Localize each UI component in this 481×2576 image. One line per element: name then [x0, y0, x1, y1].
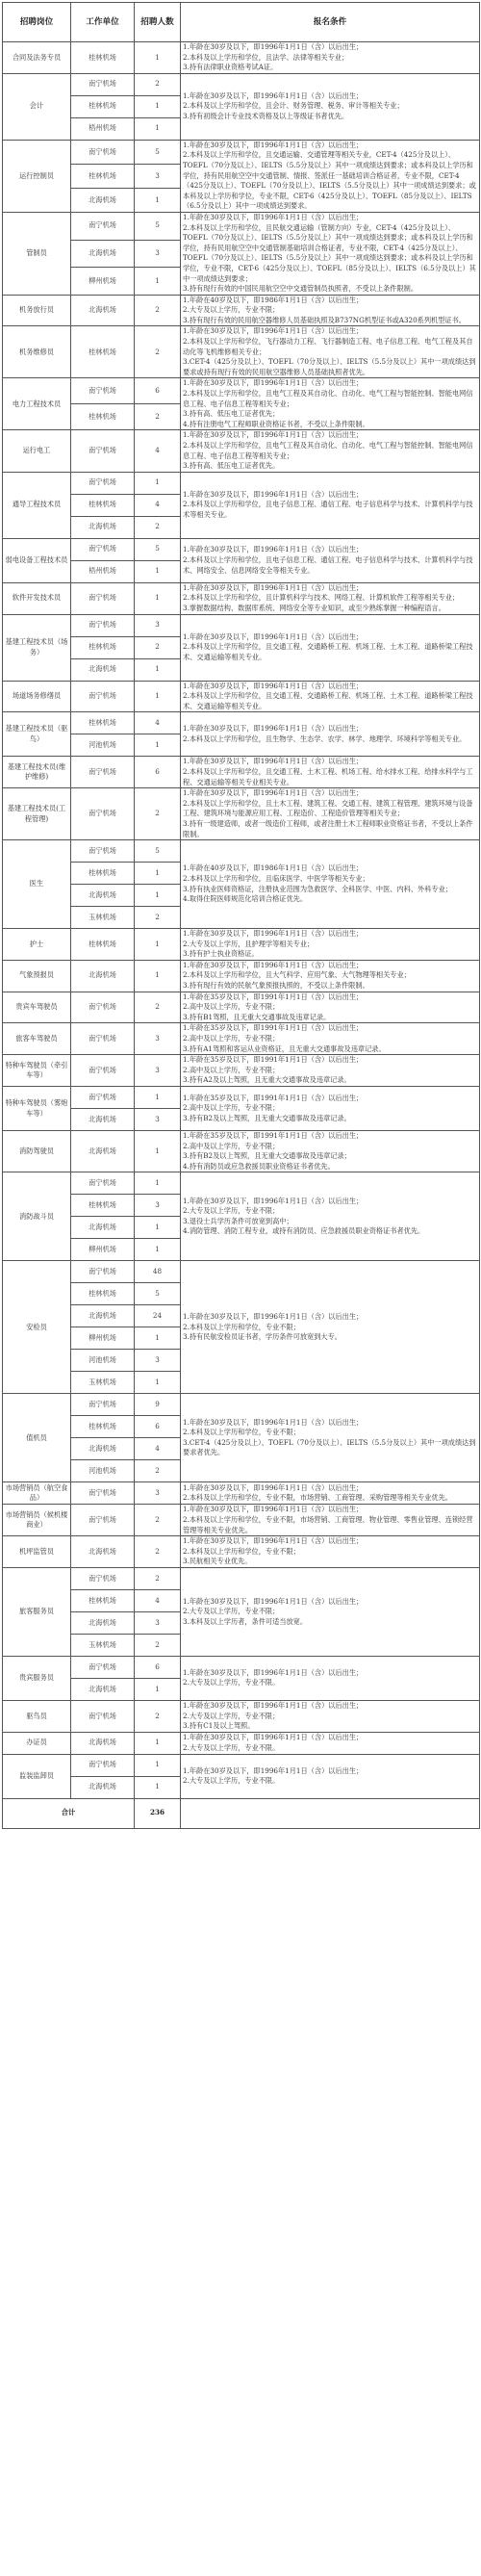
requirements-text: 1.年龄在30岁及以下，即1996年1月1日（含）以后出生； 2.本科及以上学历… — [181, 712, 480, 757]
requirements-text: 1.年龄在30岁及以下，即1996年1月1日（含）以后出生； 2.本科及以上学历… — [181, 1505, 480, 1536]
position-name: 运行电工 — [3, 430, 71, 472]
table-row: 旅客车驾驶员南宁机场31.年龄在35岁及以下，即1991年1月1日（含）以后出生… — [3, 1023, 480, 1055]
work-unit: 桂林机场 — [71, 1283, 135, 1305]
header-row: 招聘岗位 工作单位 招聘人数 报名条件 — [3, 3, 480, 42]
table-row: 市场营销员（航空食品）南宁机场31.年龄在30岁及以下，即1996年1月1日（含… — [3, 1482, 480, 1505]
headcount: 1 — [135, 1732, 181, 1754]
headcount: 1 — [135, 960, 181, 992]
work-unit: 北海机场 — [71, 240, 135, 268]
requirements-text: 1.年龄在30岁及以下，即1996年1月1日（含）以后出生； 2.本科及以上学历… — [181, 614, 480, 681]
headcount: 2 — [135, 295, 181, 326]
position-name: 合同及法务专员 — [3, 42, 71, 74]
work-unit: 北海机场 — [71, 1678, 135, 1700]
work-unit: 玉林机场 — [71, 1634, 135, 1656]
requirements-text: 1.年龄在30岁及以下，即1996年1月1日（含）以后出生； 2.本科及以上学历… — [181, 73, 480, 140]
work-unit: 北海机场 — [71, 885, 135, 907]
headcount: 1 — [135, 582, 181, 614]
work-unit: 南宁机场 — [71, 1700, 135, 1732]
position-name: 运行控制员 — [3, 140, 71, 212]
headcount: 1 — [135, 268, 181, 296]
requirements-text: 1.年龄在35岁及以下，即1991年1月1日（含）以后出生； 2.高中及以上学历… — [181, 1087, 480, 1131]
headcount: 3 — [135, 240, 181, 268]
requirements-text: 1.年龄在30岁及以下，即1996年1月1日（含）以后出生； 2.本科及以上学历… — [181, 1261, 480, 1394]
headcount: 2 — [135, 73, 181, 95]
headcount: 4 — [135, 430, 181, 472]
table-row: 运行电工南宁机场41.年龄在30岁及以下，即1996年1月1日（含）以后出生； … — [3, 430, 480, 472]
headcount: 6 — [135, 1416, 181, 1438]
position-name: 电力工程技术员 — [3, 378, 71, 430]
work-unit: 南宁机场 — [71, 582, 135, 614]
work-unit: 南宁机场 — [71, 378, 135, 404]
position-name: 通导工程技术员 — [3, 472, 71, 538]
work-unit: 北海机场 — [71, 516, 135, 538]
work-unit: 玉林机场 — [71, 907, 135, 929]
work-unit: 南宁机场 — [71, 1261, 135, 1283]
table-row: 基建工程技术员(工程管理)南宁机场21.年龄在30岁及以下，即1996年1月1日… — [3, 788, 480, 840]
position-name: 机坪监管员 — [3, 1536, 71, 1568]
requirements-text: 1.年龄在30岁及以下，即1996年1月1日（含）以后出生； 2.大专及以上学历… — [181, 1700, 480, 1732]
requirements-text: 1.年龄在30岁及以下，即1996年1月1日（含）以后出生； 2.本科及以上学历… — [181, 538, 480, 582]
headcount: 2 — [135, 788, 181, 840]
requirements-text: 1.年龄在30岁及以下，即1996年1月1日（含）以后出生； 2.本科及以上学历… — [181, 42, 480, 74]
headcount: 5 — [135, 538, 181, 560]
work-unit: 南宁机场 — [71, 1023, 135, 1055]
work-unit: 南宁机场 — [71, 1482, 135, 1505]
table-body: 合同及法务专员桂林机场11.年龄在30岁及以下，即1996年1月1日（含）以后出… — [3, 42, 480, 1799]
position-name: 基建工程技术员（场务） — [3, 614, 71, 681]
work-unit: 桂林机场 — [71, 1416, 135, 1438]
headcount: 5 — [135, 1283, 181, 1305]
requirements-text: 1.年龄在30岁及以下，即1996年1月1日（含）以后出生； 2.本科及以上学历… — [181, 960, 480, 992]
table-row: 管制员南宁机场51.年龄在30岁及以下，即1996年1月1日（含）以后出生； 2… — [3, 212, 480, 240]
requirements-text: 1.年龄在40岁及以下，即1986年1月1日（含）以后出生； 2.大专及以上学历… — [181, 295, 480, 326]
work-unit: 北海机场 — [71, 960, 135, 992]
position-name: 场道场务修缮员 — [3, 681, 71, 712]
headcount: 1 — [135, 1239, 181, 1261]
work-unit: 南宁机场 — [71, 73, 135, 95]
work-unit: 南宁机场 — [71, 992, 135, 1023]
requirements-text: 1.年龄在30岁及以下，即1996年1月1日（含）以后出生； 2.本科及以上学历… — [181, 757, 480, 788]
table-row: 场道场务修缮员南宁机场11.年龄在30岁及以下，即1996年1月1日（含）以后出… — [3, 681, 480, 712]
headcount: 3 — [135, 1350, 181, 1372]
headcount: 1 — [135, 658, 181, 681]
table-row: 通导工程技术员南宁机场11.年龄在30岁及以下，即1996年1月1日（含）以后出… — [3, 472, 480, 494]
requirements-text: 1.年龄在30岁及以下，即1996年1月1日（含）以后出生； 2.大专及以上学历… — [181, 1172, 480, 1261]
work-unit: 桂林机场 — [71, 326, 135, 378]
headcount: 2 — [135, 326, 181, 378]
requirements-text: 1.年龄在30岁及以下，即1996年1月1日（含）以后出生； 2.本科及以上学历… — [181, 140, 480, 212]
headcount: 1 — [135, 681, 181, 712]
work-unit: 河池机场 — [71, 734, 135, 757]
headcount: 1 — [135, 1754, 181, 1776]
headcount: 1 — [135, 117, 181, 140]
position-name: 市场营销员（候机楼商业） — [3, 1505, 71, 1536]
table-row: 消防驾驶员北海机场11.年龄在35岁及以下，即1991年1月1日（含）以后出生；… — [3, 1131, 480, 1172]
work-unit: 南宁机场 — [71, 788, 135, 840]
requirements-text: 1.年龄在30岁及以下，即1996年1月1日（含）以后出生； 2.本科及以上学历… — [181, 582, 480, 614]
table-row: 医生南宁机场51.年龄在40岁及以下，即1986年1月1日（含）以后出生； 2.… — [3, 840, 480, 863]
headcount: 5 — [135, 840, 181, 863]
headcount: 1 — [135, 95, 181, 117]
position-name: 市场营销员（航空食品） — [3, 1482, 71, 1505]
headcount: 9 — [135, 1394, 181, 1416]
work-unit: 南宁机场 — [71, 1567, 135, 1589]
requirements-text: 1.年龄在30岁及以下，即1996年1月1日（含）以后出生； 2.本科及以上学历… — [181, 681, 480, 712]
headcount: 1 — [135, 863, 181, 885]
position-name: 医生 — [3, 840, 71, 929]
position-name: 基建工程技术员（驱鸟） — [3, 712, 71, 757]
work-unit: 南宁机场 — [71, 1754, 135, 1776]
work-unit: 梧州机场 — [71, 117, 135, 140]
position-name: 机务维修员 — [3, 326, 71, 378]
position-name: 消防驾驶员 — [3, 1131, 71, 1172]
work-unit: 桂林机场 — [71, 1589, 135, 1611]
position-name: 监装监卸员 — [3, 1754, 71, 1798]
work-unit: 北海机场 — [71, 1217, 135, 1239]
requirements-text: 1.年龄在30岁及以下，即1996年1月1日（含）以后出生； 2.大专及以上学历… — [181, 1567, 480, 1656]
work-unit: 北海机场 — [71, 1776, 135, 1798]
requirements-text: 1.年龄在35岁及以下，即1991年1月1日（含）以后出生； 2.高中及以上学历… — [181, 992, 480, 1023]
headcount: 1 — [135, 560, 181, 582]
headcount: 1 — [135, 885, 181, 907]
work-unit: 柳州机场 — [71, 1239, 135, 1261]
table-row: 监装监卸员南宁机场11.年龄在30岁及以下，即1996年1月1日（含）以后出生；… — [3, 1754, 480, 1776]
position-name: 旅客服务员 — [3, 1567, 71, 1656]
headcount: 1 — [135, 1372, 181, 1394]
headcount: 4 — [135, 1589, 181, 1611]
work-unit: 桂林机场 — [71, 164, 135, 188]
headcount: 2 — [135, 1567, 181, 1589]
headcount: 3 — [135, 164, 181, 188]
work-unit: 南宁机场 — [71, 757, 135, 788]
headcount: 1 — [135, 1678, 181, 1700]
total-count: 236 — [135, 1798, 181, 1828]
work-unit: 南宁机场 — [71, 1172, 135, 1195]
work-unit: 北海机场 — [71, 1305, 135, 1327]
headcount: 1 — [135, 1172, 181, 1195]
requirements-text: 1.年龄在30岁及以下，即1996年1月1日（含）以后出生； 2.本科及以上学历… — [181, 472, 480, 538]
headcount: 1 — [135, 1131, 181, 1172]
work-unit: 南宁机场 — [71, 1505, 135, 1536]
position-name: 气象预报员 — [3, 960, 71, 992]
headcount: 4 — [135, 494, 181, 516]
work-unit: 北海机场 — [71, 658, 135, 681]
work-unit: 南宁机场 — [71, 1055, 135, 1087]
requirements-text: 1.年龄在30岁及以下，即1996年1月1日（含）以后出生； 2.本科及以上学历… — [181, 1394, 480, 1482]
work-unit: 南宁机场 — [71, 681, 135, 712]
headcount: 1 — [135, 929, 181, 961]
headcount: 1 — [135, 1776, 181, 1798]
headcount: 3 — [135, 1195, 181, 1217]
position-name: 基建工程技术员(维护维修) — [3, 757, 71, 788]
work-unit: 桂林机场 — [71, 712, 135, 734]
requirements-text: 1.年龄在30岁及以下，即1996年1月1日（含）以后出生； 2.本科及以上学历… — [181, 326, 480, 378]
headcount: 1 — [135, 734, 181, 757]
headcount: 2 — [135, 1505, 181, 1536]
table-row: 消防战斗员南宁机场11.年龄在30岁及以下，即1996年1月1日（含）以后出生；… — [3, 1172, 480, 1195]
table-row: 基建工程技术员（驱鸟）桂林机场41.年龄在30岁及以下，即1996年1月1日（含… — [3, 712, 480, 734]
headcount: 1 — [135, 1327, 181, 1350]
table-row: 机务放行员北海机场21.年龄在40岁及以下，即1986年1月1日（含）以后出生；… — [3, 295, 480, 326]
headcount: 2 — [135, 516, 181, 538]
table-row: 合同及法务专员桂林机场11.年龄在30岁及以下，即1996年1月1日（含）以后出… — [3, 42, 480, 74]
position-name: 驱鸟员 — [3, 1700, 71, 1732]
requirements-text: 1.年龄在30岁及以下，即1996年1月1日（含）以后出生； 2.本科及以上学历… — [181, 788, 480, 840]
position-name: 特种车驾驶员（雾炮车等） — [3, 1087, 71, 1131]
headcount: 3 — [135, 1109, 181, 1131]
position-name: 消防战斗员 — [3, 1172, 71, 1261]
position-name: 安检员 — [3, 1261, 71, 1394]
table-row: 办证员北海机场11.年龄在30岁及以下，即1996年1月1日（含）以后出生； 2… — [3, 1732, 480, 1754]
headcount: 3 — [135, 1023, 181, 1055]
recruitment-table: 招聘岗位 工作单位 招聘人数 报名条件 合同及法务专员桂林机场11.年龄在30岁… — [2, 2, 480, 1829]
requirements-text: 1.年龄在30岁及以下，即1996年1月1日（含）以后出生； 2.本科及以上学历… — [181, 430, 480, 472]
headcount: 3 — [135, 614, 181, 636]
header-requirements: 报名条件 — [181, 3, 480, 42]
requirements-text: 1.年龄在35岁及以下，即1991年1月1日（含）以后出生； 2.高中及以上学历… — [181, 1055, 480, 1087]
headcount: 4 — [135, 712, 181, 734]
requirements-text: 1.年龄在30岁及以下，即1996年1月1日（含）以后出生； 2.大专及以上学历… — [181, 929, 480, 961]
work-unit: 南宁机场 — [71, 614, 135, 636]
position-name: 护士 — [3, 929, 71, 961]
position-name: 特种车驾驶员（牵引车等） — [3, 1055, 71, 1087]
table-row: 驱鸟员南宁机场21.年龄在30岁及以下，即1996年1月1日（含）以后出生； 2… — [3, 1700, 480, 1732]
position-name: 软件开发技术员 — [3, 582, 71, 614]
headcount: 1 — [135, 42, 181, 74]
work-unit: 柳州机场 — [71, 1327, 135, 1350]
work-unit: 北海机场 — [71, 1611, 135, 1634]
work-unit: 桂林机场 — [71, 1195, 135, 1217]
work-unit: 北海机场 — [71, 1131, 135, 1172]
work-unit: 北海机场 — [71, 1536, 135, 1568]
work-unit: 桂林机场 — [71, 636, 135, 658]
position-name: 办证员 — [3, 1732, 71, 1754]
headcount: 2 — [135, 636, 181, 658]
headcount: 3 — [135, 1055, 181, 1087]
position-name: 旅客车驾驶员 — [3, 1023, 71, 1055]
header-unit: 工作单位 — [71, 3, 135, 42]
headcount: 3 — [135, 1482, 181, 1505]
requirements-text: 1.年龄在35岁及以下，即1991年1月1日（含）以后出生； 2.高中及以上学历… — [181, 1131, 480, 1172]
headcount: 3 — [135, 1611, 181, 1634]
table-row: 市场营销员（候机楼商业）南宁机场21.年龄在30岁及以下，即1996年1月1日（… — [3, 1505, 480, 1536]
work-unit: 桂林机场 — [71, 404, 135, 430]
requirements-text: 1.年龄在30岁及以下，即1996年1月1日（含）以后出生； 2.本科及以上学历… — [181, 212, 480, 295]
work-unit: 桂林机场 — [71, 42, 135, 74]
headcount: 1 — [135, 472, 181, 494]
headcount: 1 — [135, 188, 181, 212]
position-name: 管制员 — [3, 212, 71, 295]
table-row: 贵宾车驾驶员南宁机场21.年龄在35岁及以下，即1991年1月1日（含）以后出生… — [3, 992, 480, 1023]
table-row: 值机员南宁机场91.年龄在30岁及以下，即1996年1月1日（含）以后出生； 2… — [3, 1394, 480, 1416]
headcount: 48 — [135, 1261, 181, 1283]
table-row: 基建工程技术员(维护维修)南宁机场61.年龄在30岁及以下，即1996年1月1日… — [3, 757, 480, 788]
work-unit: 柳州机场 — [71, 268, 135, 296]
requirements-text: 1.年龄在30岁及以下，即1996年1月1日（含）以后出生； 2.大专及以上学历… — [181, 1732, 480, 1754]
work-unit: 北海机场 — [71, 1438, 135, 1460]
position-name: 基建工程技术员(工程管理) — [3, 788, 71, 840]
table-row: 基建工程技术员（场务）南宁机场31.年龄在30岁及以下，即1996年1月1日（含… — [3, 614, 480, 636]
table-row: 软件开发技术员南宁机场11.年龄在30岁及以下，即1996年1月1日（含）以后出… — [3, 582, 480, 614]
work-unit: 梧州机场 — [71, 560, 135, 582]
position-name: 值机员 — [3, 1394, 71, 1482]
total-requirements — [181, 1798, 480, 1828]
table-row: 护士桂林机场11.年龄在30岁及以下，即1996年1月1日（含）以后出生； 2.… — [3, 929, 480, 961]
work-unit: 北海机场 — [71, 188, 135, 212]
headcount: 2 — [135, 992, 181, 1023]
table-row: 运行控制员南宁机场51.年龄在30岁及以下，即1996年1月1日（含）以后出生；… — [3, 140, 480, 164]
total-row: 合计 236 — [3, 1798, 480, 1828]
total-label: 合计 — [3, 1798, 135, 1828]
table-row: 特种车驾驶员（牵引车等）南宁机场31.年龄在35岁及以下，即1991年1月1日（… — [3, 1055, 480, 1087]
work-unit: 河池机场 — [71, 1460, 135, 1482]
position-name: 贵宾服务员 — [3, 1656, 71, 1700]
headcount: 6 — [135, 757, 181, 788]
work-unit: 河池机场 — [71, 1350, 135, 1372]
headcount: 6 — [135, 1656, 181, 1678]
headcount: 2 — [135, 1700, 181, 1732]
header-count: 招聘人数 — [135, 3, 181, 42]
work-unit: 南宁机场 — [71, 1394, 135, 1416]
requirements-text: 1.年龄在30岁及以下，即1996年1月1日（含）以后出生； 2.本科及以上学历… — [181, 378, 480, 430]
table-row: 电力工程技术员南宁机场61.年龄在30岁及以下，即1996年1月1日（含）以后出… — [3, 378, 480, 404]
headcount: 2 — [135, 1460, 181, 1482]
table-row: 特种车驾驶员（雾炮车等）南宁机场11.年龄在35岁及以下，即1991年1月1日（… — [3, 1087, 480, 1109]
work-unit: 南宁机场 — [71, 538, 135, 560]
headcount: 2 — [135, 404, 181, 430]
work-unit: 南宁机场 — [71, 140, 135, 164]
work-unit: 桂林机场 — [71, 929, 135, 961]
headcount: 5 — [135, 212, 181, 240]
work-unit: 桂林机场 — [71, 863, 135, 885]
requirements-text: 1.年龄在40岁及以下，即1986年1月1日（含）以后出生； 2.本科及以上学历… — [181, 840, 480, 929]
requirements-text: 1.年龄在30岁及以下，即1996年1月1日（含）以后出生； 2.大专及以上学历… — [181, 1754, 480, 1798]
requirements-text: 1.年龄在35岁及以下，即1991年1月1日（含）以后出生； 2.高中及以上学历… — [181, 1023, 480, 1055]
headcount: 24 — [135, 1305, 181, 1327]
work-unit: 北海机场 — [71, 295, 135, 326]
headcount: 2 — [135, 907, 181, 929]
requirements-text: 1.年龄在30岁及以下，即1996年1月1日（含）以后出生； 2.大专及以上学历… — [181, 1656, 480, 1700]
table-row: 机坪监管员北海机场21.年龄在30岁及以下，即1996年1月1日（含）以后出生；… — [3, 1536, 480, 1568]
work-unit: 南宁机场 — [71, 472, 135, 494]
position-name: 贵宾车驾驶员 — [3, 992, 71, 1023]
work-unit: 桂林机场 — [71, 95, 135, 117]
table-row: 旅客服务员南宁机场21.年龄在30岁及以下，即1996年1月1日（含）以后出生；… — [3, 1567, 480, 1589]
work-unit: 南宁机场 — [71, 1656, 135, 1678]
table-row: 机务维修员桂林机场21.年龄在30岁及以下，即1996年1月1日（含）以后出生；… — [3, 326, 480, 378]
work-unit: 南宁机场 — [71, 212, 135, 240]
work-unit: 北海机场 — [71, 1109, 135, 1131]
work-unit: 南宁机场 — [71, 1087, 135, 1109]
headcount: 2 — [135, 1536, 181, 1568]
work-unit: 北海机场 — [71, 1732, 135, 1754]
work-unit: 玉林机场 — [71, 1372, 135, 1394]
table-row: 弱电设备工程技术员南宁机场51.年龄在30岁及以下，即1996年1月1日（含）以… — [3, 538, 480, 560]
headcount: 1 — [135, 1087, 181, 1109]
headcount: 4 — [135, 1438, 181, 1460]
table-row: 贵宾服务员南宁机场61.年龄在30岁及以下，即1996年1月1日（含）以后出生；… — [3, 1656, 480, 1678]
headcount: 2 — [135, 1634, 181, 1656]
position-name: 会计 — [3, 73, 71, 140]
requirements-text: 1.年龄在30岁及以下，即1996年1月1日（含）以后出生； 2.本科及以上学历… — [181, 1482, 480, 1505]
work-unit: 桂林机场 — [71, 494, 135, 516]
table-row: 会计南宁机场21.年龄在30岁及以下，即1996年1月1日（含）以后出生； 2.… — [3, 73, 480, 95]
headcount: 5 — [135, 140, 181, 164]
requirements-text: 1.年龄在30岁及以下，即1996年1月1日（含）以后出生； 2.本科及以上学历… — [181, 1536, 480, 1568]
headcount: 6 — [135, 378, 181, 404]
header-position: 招聘岗位 — [3, 3, 71, 42]
position-name: 机务放行员 — [3, 295, 71, 326]
headcount: 1 — [135, 1217, 181, 1239]
work-unit: 南宁机场 — [71, 840, 135, 863]
table-row: 安检员南宁机场481.年龄在30岁及以下，即1996年1月1日（含）以后出生； … — [3, 1261, 480, 1283]
table-row: 气象预报员北海机场11.年龄在30岁及以下，即1996年1月1日（含）以后出生；… — [3, 960, 480, 992]
position-name: 弱电设备工程技术员 — [3, 538, 71, 582]
work-unit: 南宁机场 — [71, 430, 135, 472]
